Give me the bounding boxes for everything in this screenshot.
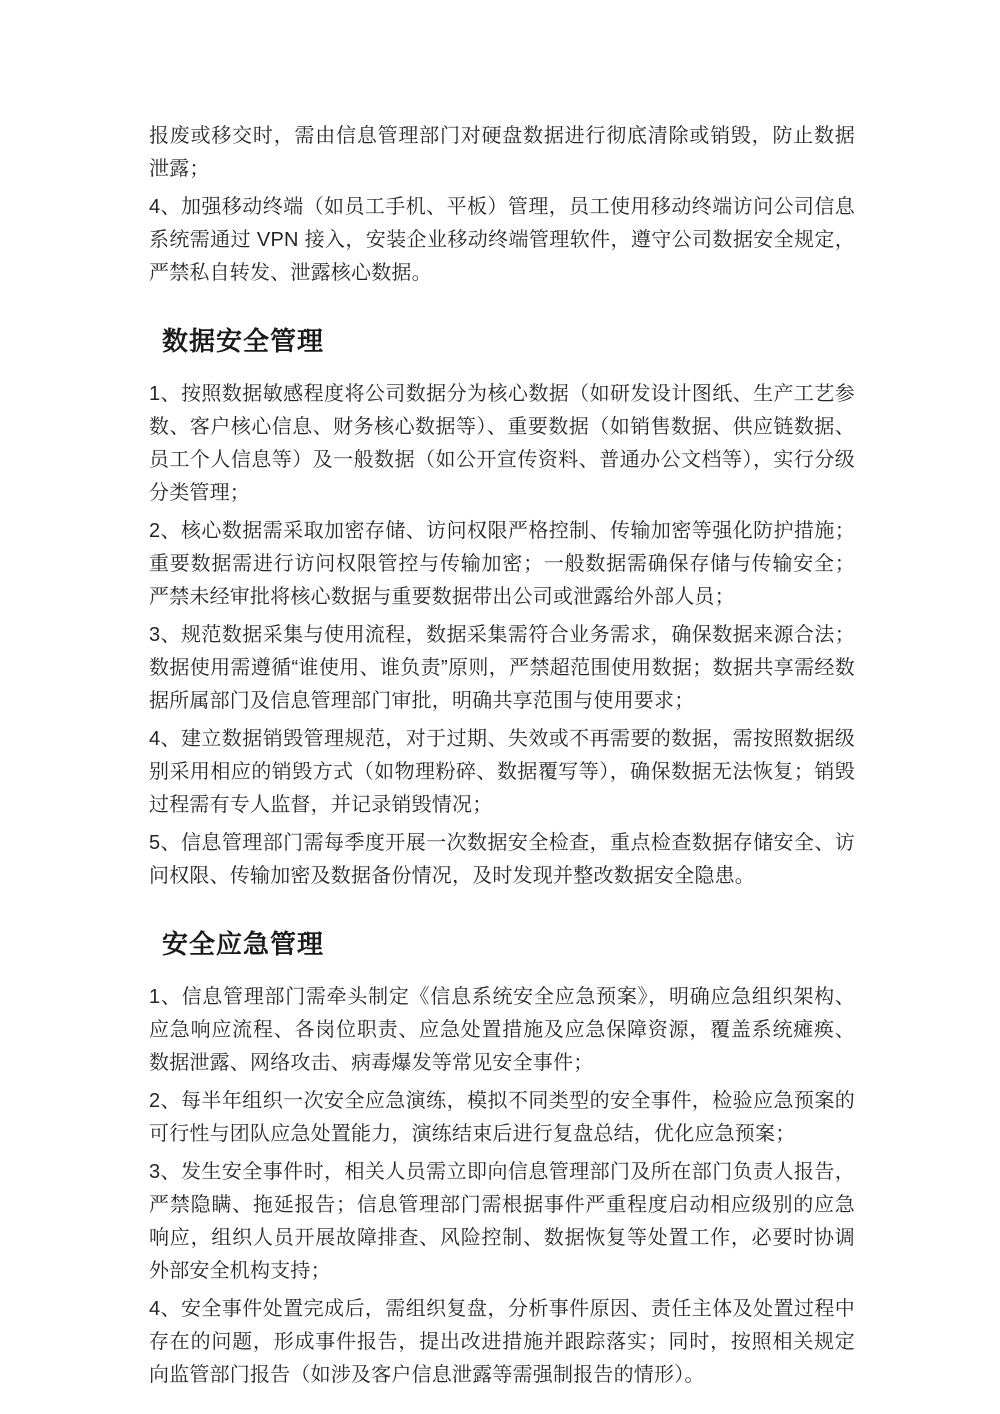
security-emergency-item-4: 4、安全事件处置完成后，需组织复盘，分析事件原因、责任主体及处置过程中存在的问题… <box>149 1293 855 1392</box>
security-emergency-item-2: 2、每半年组织一次安全应急演练，模拟不同类型的安全事件，检验应急预案的可行性与团… <box>149 1085 855 1151</box>
document-body: 报废或移交时，需由信息管理部门对硬盘数据进行彻底清除或销毁，防止数据泄露； 4、… <box>149 120 855 1392</box>
section-heading-data-security: 数据安全管理 <box>149 321 855 361</box>
paragraph-mobile-terminal-management: 4、加强移动终端（如员工手机、平板）管理，员工使用移动终端访问公司信息系统需通过… <box>149 191 855 290</box>
document-page: 报废或移交时，需由信息管理部门对硬盘数据进行彻底清除或销毁，防止数据泄露； 4、… <box>0 0 1000 1414</box>
data-security-item-2: 2、核心数据需采取加密存储、访问权限严格控制、传输加密等强化防护措施；重要数据需… <box>149 515 855 614</box>
security-emergency-item-1: 1、信息管理部门需牵头制定《信息系统安全应急预案》，明确应急组织架构、应急响应流… <box>149 981 855 1080</box>
data-security-item-1: 1、按照数据敏感程度将公司数据分为核心数据（如研发设计图纸、生产工艺参数、客户核… <box>149 378 855 510</box>
data-security-item-5: 5、信息管理部门需每季度开展一次数据安全检查，重点检查数据存储安全、访问权限、传… <box>149 827 855 893</box>
section-heading-security-emergency: 安全应急管理 <box>149 924 855 964</box>
paragraph-hardware-disposal-continuation: 报废或移交时，需由信息管理部门对硬盘数据进行彻底清除或销毁，防止数据泄露； <box>149 120 855 186</box>
data-security-item-3: 3、规范数据采集与使用流程，数据采集需符合业务需求，确保数据来源合法；数据使用需… <box>149 619 855 718</box>
data-security-item-4: 4、建立数据销毁管理规范，对于过期、失效或不再需要的数据，需按照数据级别采用相应… <box>149 723 855 822</box>
security-emergency-item-3: 3、发生安全事件时，相关人员需立即向信息管理部门及所在部门负责人报告，严禁隐瞒、… <box>149 1156 855 1288</box>
